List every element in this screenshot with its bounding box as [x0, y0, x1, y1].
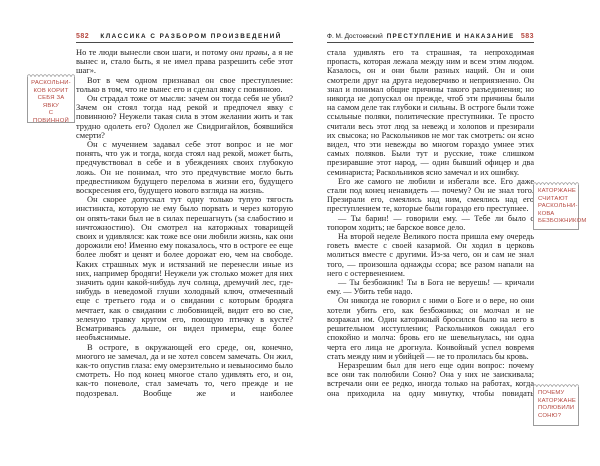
book-spread: 582 КЛАССИКА С РАЗБОРОМ ПРОИЗВЕДЕНИЙ Ф. … — [0, 0, 600, 466]
left-running-head: 582 КЛАССИКА С РАЗБОРОМ ПРОИЗВЕДЕНИЙ — [76, 30, 293, 43]
margin-note-text: ПОЧЕМУКАТОРЖАНЕПОЛЮБИЛИСОНЮ? — [538, 390, 575, 420]
left-page-text: Но те люди вынесли свои шаги, и потому о… — [76, 48, 293, 398]
margin-note-pochemu-polyubili-sonyu: ПОЧЕМУКАТОРЖАНЕПОЛЮБИЛИСОНЮ? — [533, 386, 579, 426]
note-scallop-edge — [533, 382, 579, 387]
note-scallop-edge — [27, 72, 75, 77]
note-scallop-edge — [533, 180, 579, 185]
margin-note-raskolnikov-korit: РАСКОЛЬНИ-КОВ КОРИТСЕБЯ ЗА ЯВКУС ПОВИННО… — [27, 76, 75, 123]
margin-note-text: КАТОРЖАНЕСЧИТАЮТРАСКОЛЬНИ-КОВАБЕЗБОЖНИКО… — [538, 188, 575, 226]
right-running-title: ПРЕСТУПЛЕНИЕ И НАКАЗАНИЕ — [387, 33, 515, 40]
right-page-text: стала удивлять его та страшная, та непро… — [327, 48, 534, 398]
right-running-author: Ф. М. Достоевский — [327, 33, 383, 40]
margin-note-katorzhane-schitayut: КАТОРЖАНЕСЧИТАЮТРАСКОЛЬНИ-КОВАБЕЗБОЖНИКО… — [533, 184, 579, 230]
left-running-title: КЛАССИКА С РАЗБОРОМ ПРОИЗВЕДЕНИЙ — [89, 33, 293, 40]
right-page-number: 583 — [521, 33, 534, 40]
right-running-head: Ф. М. Достоевский ПРЕСТУПЛЕНИЕ И НАКАЗАН… — [327, 30, 534, 43]
left-page-number: 582 — [76, 33, 89, 40]
margin-note-text: РАСКОЛЬНИ-КОВ КОРИТСЕБЯ ЗА ЯВКУС ПОВИННО… — [30, 80, 72, 126]
